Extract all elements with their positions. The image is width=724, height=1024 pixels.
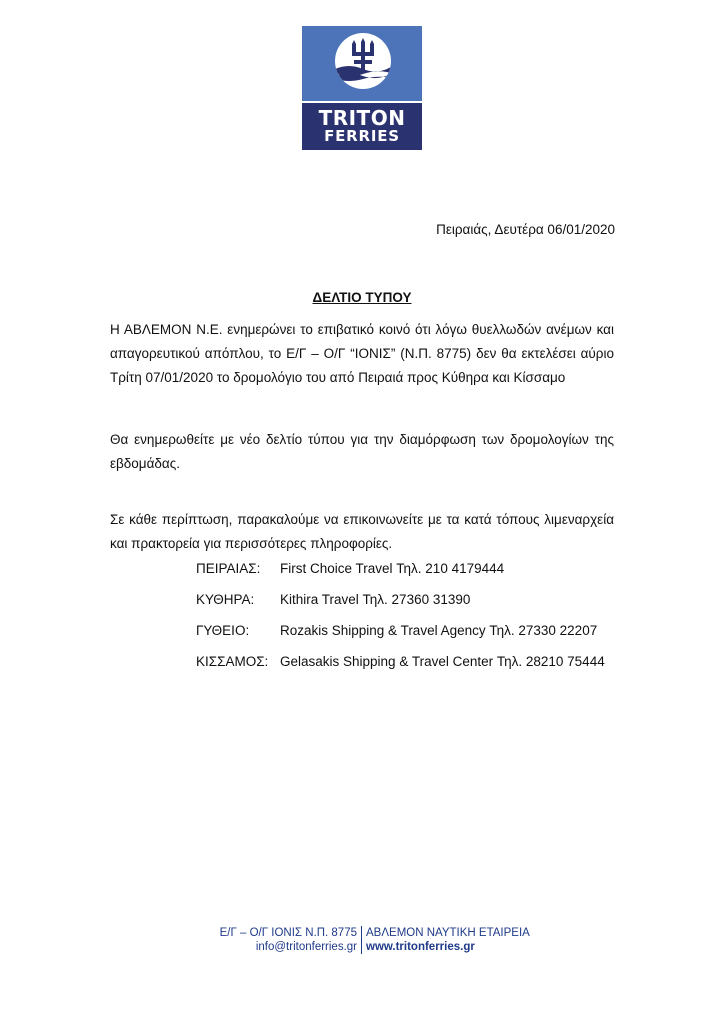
date-line: Πειραιάς, Δευτέρα 06/01/2020 <box>436 222 615 237</box>
contact-row: ΠΕΙΡΑΙΑΣ: First Choice Travel Τηλ. 210 4… <box>196 561 605 592</box>
document-title: ΔΕΛΤΙΟ ΤΥΠΟΥ <box>0 290 724 305</box>
contact-info: Gelasakis Shipping & Travel Center Τηλ. … <box>280 654 605 685</box>
contact-row: ΚΥΘΗΡΑ: Kithira Travel Τηλ. 27360 31390 <box>196 592 605 623</box>
contact-city: ΚΙΣΣΑΜΟΣ: <box>196 654 280 685</box>
contact-row: ΚΙΣΣΑΜΟΣ: Gelasakis Shipping & Travel Ce… <box>196 654 605 685</box>
paragraph-contact-advice: Σε κάθε περίπτωση, παρακαλούμε να επικοι… <box>110 508 614 556</box>
footer-vessel: Ε/Γ – Ο/Γ ΙΟΝΙΣ Ν.Π. 8775 <box>0 926 362 940</box>
footer-email-link[interactable]: info@tritonferries.gr <box>0 940 362 954</box>
paragraph-update-notice: Θα ενημερωθείτε με νέο δελτίο τύπου για … <box>110 428 614 476</box>
contacts-list: ΠΕΙΡΑΙΑΣ: First Choice Travel Τηλ. 210 4… <box>196 561 605 685</box>
contact-city: ΠΕΙΡΑΙΑΣ: <box>196 561 280 592</box>
contact-city: ΚΥΘΗΡΑ: <box>196 592 280 623</box>
triton-ferries-logo: TRITON FERRIES <box>302 26 422 150</box>
contact-info: First Choice Travel Τηλ. 210 4179444 <box>280 561 504 592</box>
footer: Ε/Γ – Ο/Γ ΙΟΝΙΣ Ν.Π. 8775 ΑΒΛΕΜΟΝ ΝΑΥΤΙΚ… <box>0 926 724 954</box>
logo-top-panel <box>302 26 422 101</box>
contact-info: Kithira Travel Τηλ. 27360 31390 <box>280 592 470 623</box>
trident-wave-icon <box>335 33 391 89</box>
footer-company: ΑΒΛΕΜΟΝ ΝΑΥΤΙΚΗ ΕΤΑΙΡΕΙΑ <box>362 926 530 940</box>
footer-website-link[interactable]: www.tritonferries.gr <box>362 940 475 954</box>
contact-city: ΓΥΘΕΙΟ: <box>196 623 280 654</box>
paragraph-announcement: Η ΑΒΛΕΜΟΝ Ν.Ε. ενημερώνει το επιβατικό κ… <box>110 318 614 390</box>
logo-brand-line2: FERRIES <box>302 127 422 145</box>
contact-info: Rozakis Shipping & Travel Agency Τηλ. 27… <box>280 623 597 654</box>
contact-row: ΓΥΘΕΙΟ: Rozakis Shipping & Travel Agency… <box>196 623 605 654</box>
